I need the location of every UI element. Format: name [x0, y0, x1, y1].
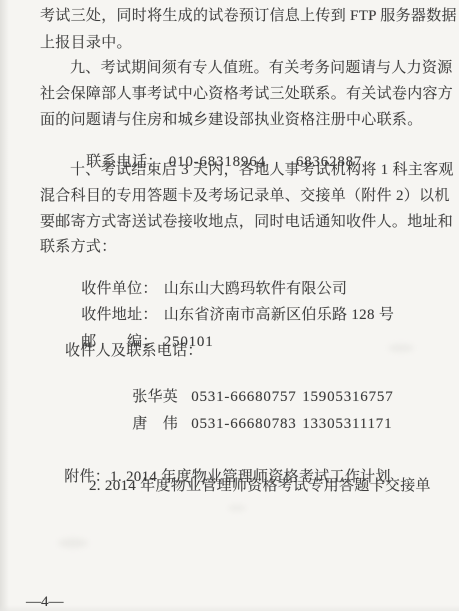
- recipient-contacts-label: 收件人及联系电话：: [65, 343, 203, 360]
- section-nine-line-1: 九、考试期间须有专人值班。有关考务问题请与人力资源: [70, 60, 453, 77]
- paragraph-continuation-line-1: 考试三处，同时将生成的试卷预订信息上传到 FTP 服务器数据: [40, 8, 457, 25]
- section-ten-line-3: 要邮寄方式寄送试卷接收地点，同时电话通知收件人。地址和: [40, 214, 453, 231]
- scan-edge-shadow-bottom: [0, 605, 459, 611]
- page-number: —4—: [26, 594, 64, 611]
- section-ten-line-2: 混合科目的专用答题卡及考场记录单、交接单（附件 2）以机: [40, 188, 450, 205]
- scan-smudge: [388, 344, 414, 352]
- recipient-contact-row: 唐 伟0531-6668078313305311171: [116, 399, 392, 450]
- section-ten-line-4: 联系方式：: [40, 239, 117, 256]
- scanned-document-page: 考试三处，同时将生成的试卷预订信息上传到 FTP 服务器数据 上报目录中。 九、…: [0, 0, 459, 611]
- contact-name: 唐 伟: [132, 416, 182, 433]
- paragraph-continuation-line-2: 上报目录中。: [40, 35, 132, 52]
- section-ten-line-1: 十、考试结束后 3 天内，各地人事考试机构将 1 科主客观: [70, 162, 454, 179]
- section-nine-line-2: 社会保障部人事考试中心资格考试三处联系。有关试卷内容方: [40, 86, 453, 103]
- scan-edge-shadow-left: [0, 0, 9, 611]
- section-nine-line-3: 面的问题请与住房和城乡建设部执业资格注册中心联系。: [40, 112, 423, 129]
- contact-mobile: 13305311171: [302, 416, 392, 432]
- scan-smudge: [58, 538, 88, 548]
- contact-phone: 0531-66680783: [191, 416, 295, 433]
- attachment-item-2: 2. 2014 年度物业管理师资格考试专用答题卡交接单: [89, 478, 431, 495]
- scan-smudge: [228, 505, 246, 511]
